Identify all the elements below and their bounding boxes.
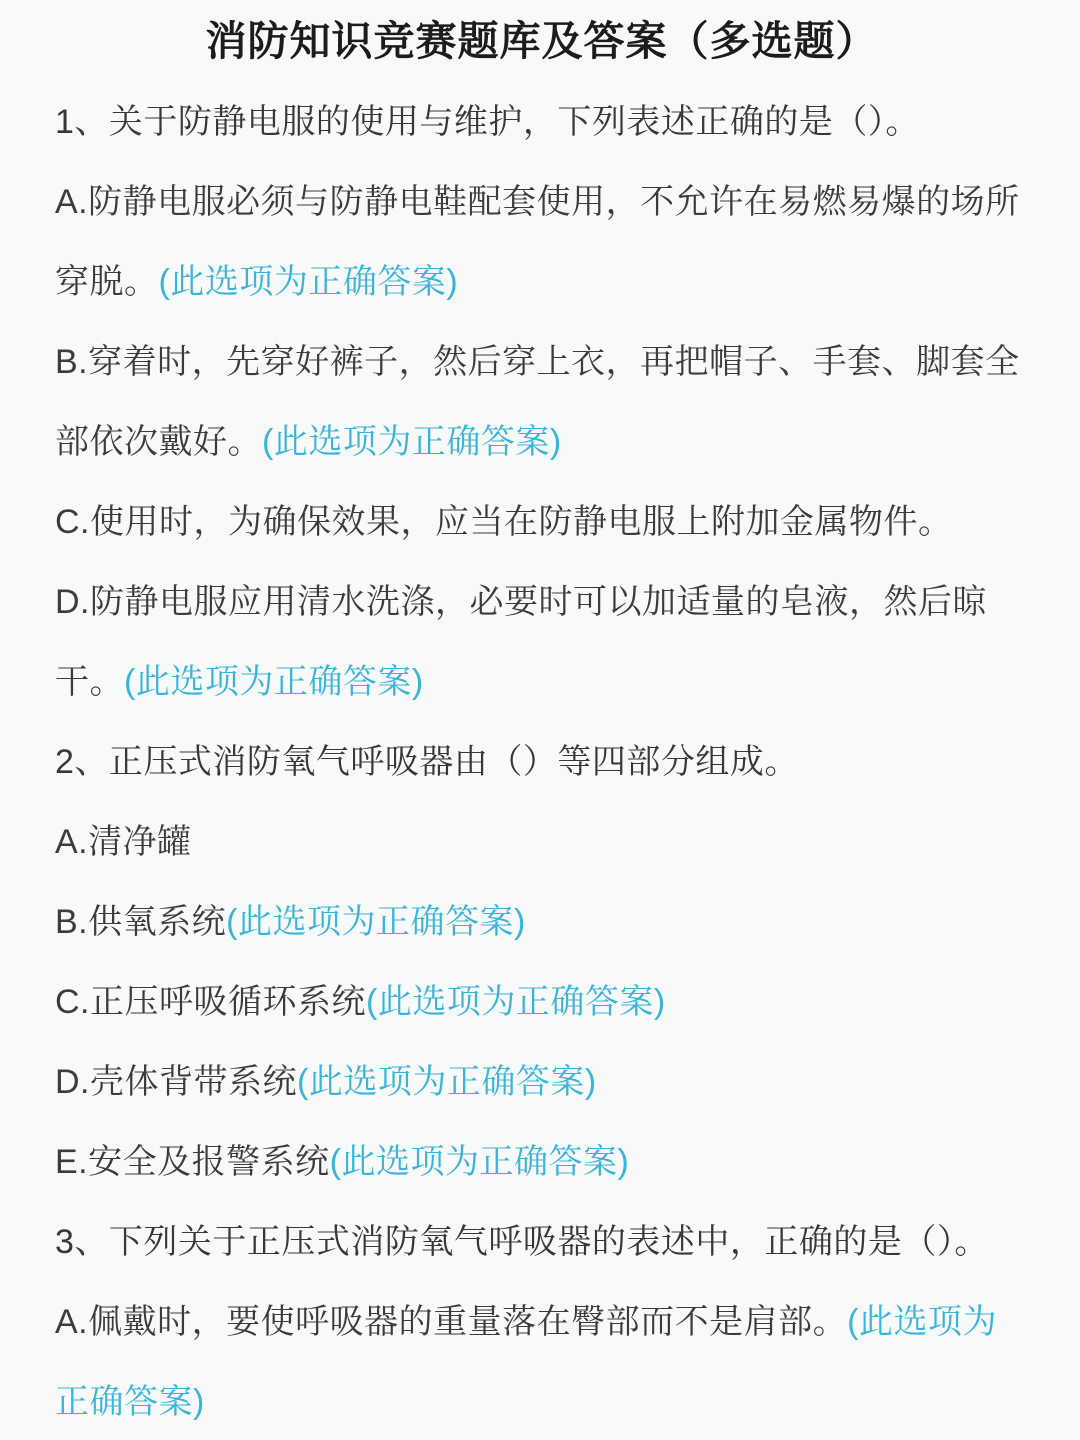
- question-2-option-a: A.清净罐: [55, 802, 1028, 882]
- correct-answer-note: (此选项为正确答案): [297, 1063, 597, 1101]
- question-1-stem: 1、关于防静电服的使用与维护，下列表述正确的是（）。: [55, 82, 1028, 162]
- correct-answer-note: (此选项为正确答案): [159, 263, 459, 301]
- question-2-stem: 2、正压式消防氧气呼吸器由（）等四部分组成。: [55, 722, 1028, 802]
- question-1: 1、关于防静电服的使用与维护，下列表述正确的是（）。 A.防静电服必须与防静电鞋…: [55, 82, 1028, 722]
- correct-answer-note: (此选项为正确答案): [226, 903, 526, 941]
- question-3-stem: 3、下列关于正压式消防氧气呼吸器的表述中，正确的是（）。: [55, 1202, 1028, 1282]
- question-1-option-b: B.穿着时，先穿好裤子，然后穿上衣，再把帽子、手套、脚套全部依次戴好。(此选项为…: [55, 322, 1028, 482]
- option-text: C.使用时，为确保效果，应当在防静电服上附加金属物件。: [55, 503, 953, 541]
- option-text: A.清净罐: [55, 823, 192, 861]
- question-2-option-c: C.正压呼吸循环系统(此选项为正确答案): [55, 962, 1028, 1042]
- option-text: A.佩戴时，要使呼吸器的重量落在臀部而不是肩部。: [55, 1303, 847, 1341]
- page-title: 消防知识竞赛题库及答案（多选题）: [55, 0, 1028, 82]
- correct-answer-note: (此选项为正确答案): [366, 983, 666, 1021]
- question-1-option-c: C.使用时，为确保效果，应当在防静电服上附加金属物件。: [55, 482, 1028, 562]
- question-2-option-e: E.安全及报警系统(此选项为正确答案): [55, 1122, 1028, 1202]
- question-1-option-d: D.防静电服应用清水洗涤，必要时可以加适量的皂液，然后晾干。(此选项为正确答案): [55, 562, 1028, 722]
- option-text: C.正压呼吸循环系统: [55, 983, 366, 1021]
- correct-answer-note: (此选项为正确答案): [330, 1143, 630, 1181]
- question-3: 3、下列关于正压式消防氧气呼吸器的表述中，正确的是（）。 A.佩戴时，要使呼吸器…: [55, 1202, 1028, 1440]
- correct-answer-note: (此选项为正确答案): [262, 423, 562, 461]
- question-3-option-a: A.佩戴时，要使呼吸器的重量落在臀部而不是肩部。(此选项为正确答案): [55, 1282, 1028, 1440]
- quiz-document-page: 消防知识竞赛题库及答案（多选题） 1、关于防静电服的使用与维护，下列表述正确的是…: [0, 0, 1080, 1440]
- option-text: E.安全及报警系统: [55, 1143, 330, 1181]
- option-text: B.供氧系统: [55, 903, 226, 941]
- question-2-option-d: D.壳体背带系统(此选项为正确答案): [55, 1042, 1028, 1122]
- question-2: 2、正压式消防氧气呼吸器由（）等四部分组成。 A.清净罐 B.供氧系统(此选项为…: [55, 722, 1028, 1202]
- question-2-option-b: B.供氧系统(此选项为正确答案): [55, 882, 1028, 962]
- option-text: D.壳体背带系统: [55, 1063, 297, 1101]
- correct-answer-note: (此选项为正确答案): [124, 663, 424, 701]
- question-1-option-a: A.防静电服必须与防静电鞋配套使用，不允许在易燃易爆的场所穿脱。(此选项为正确答…: [55, 162, 1028, 322]
